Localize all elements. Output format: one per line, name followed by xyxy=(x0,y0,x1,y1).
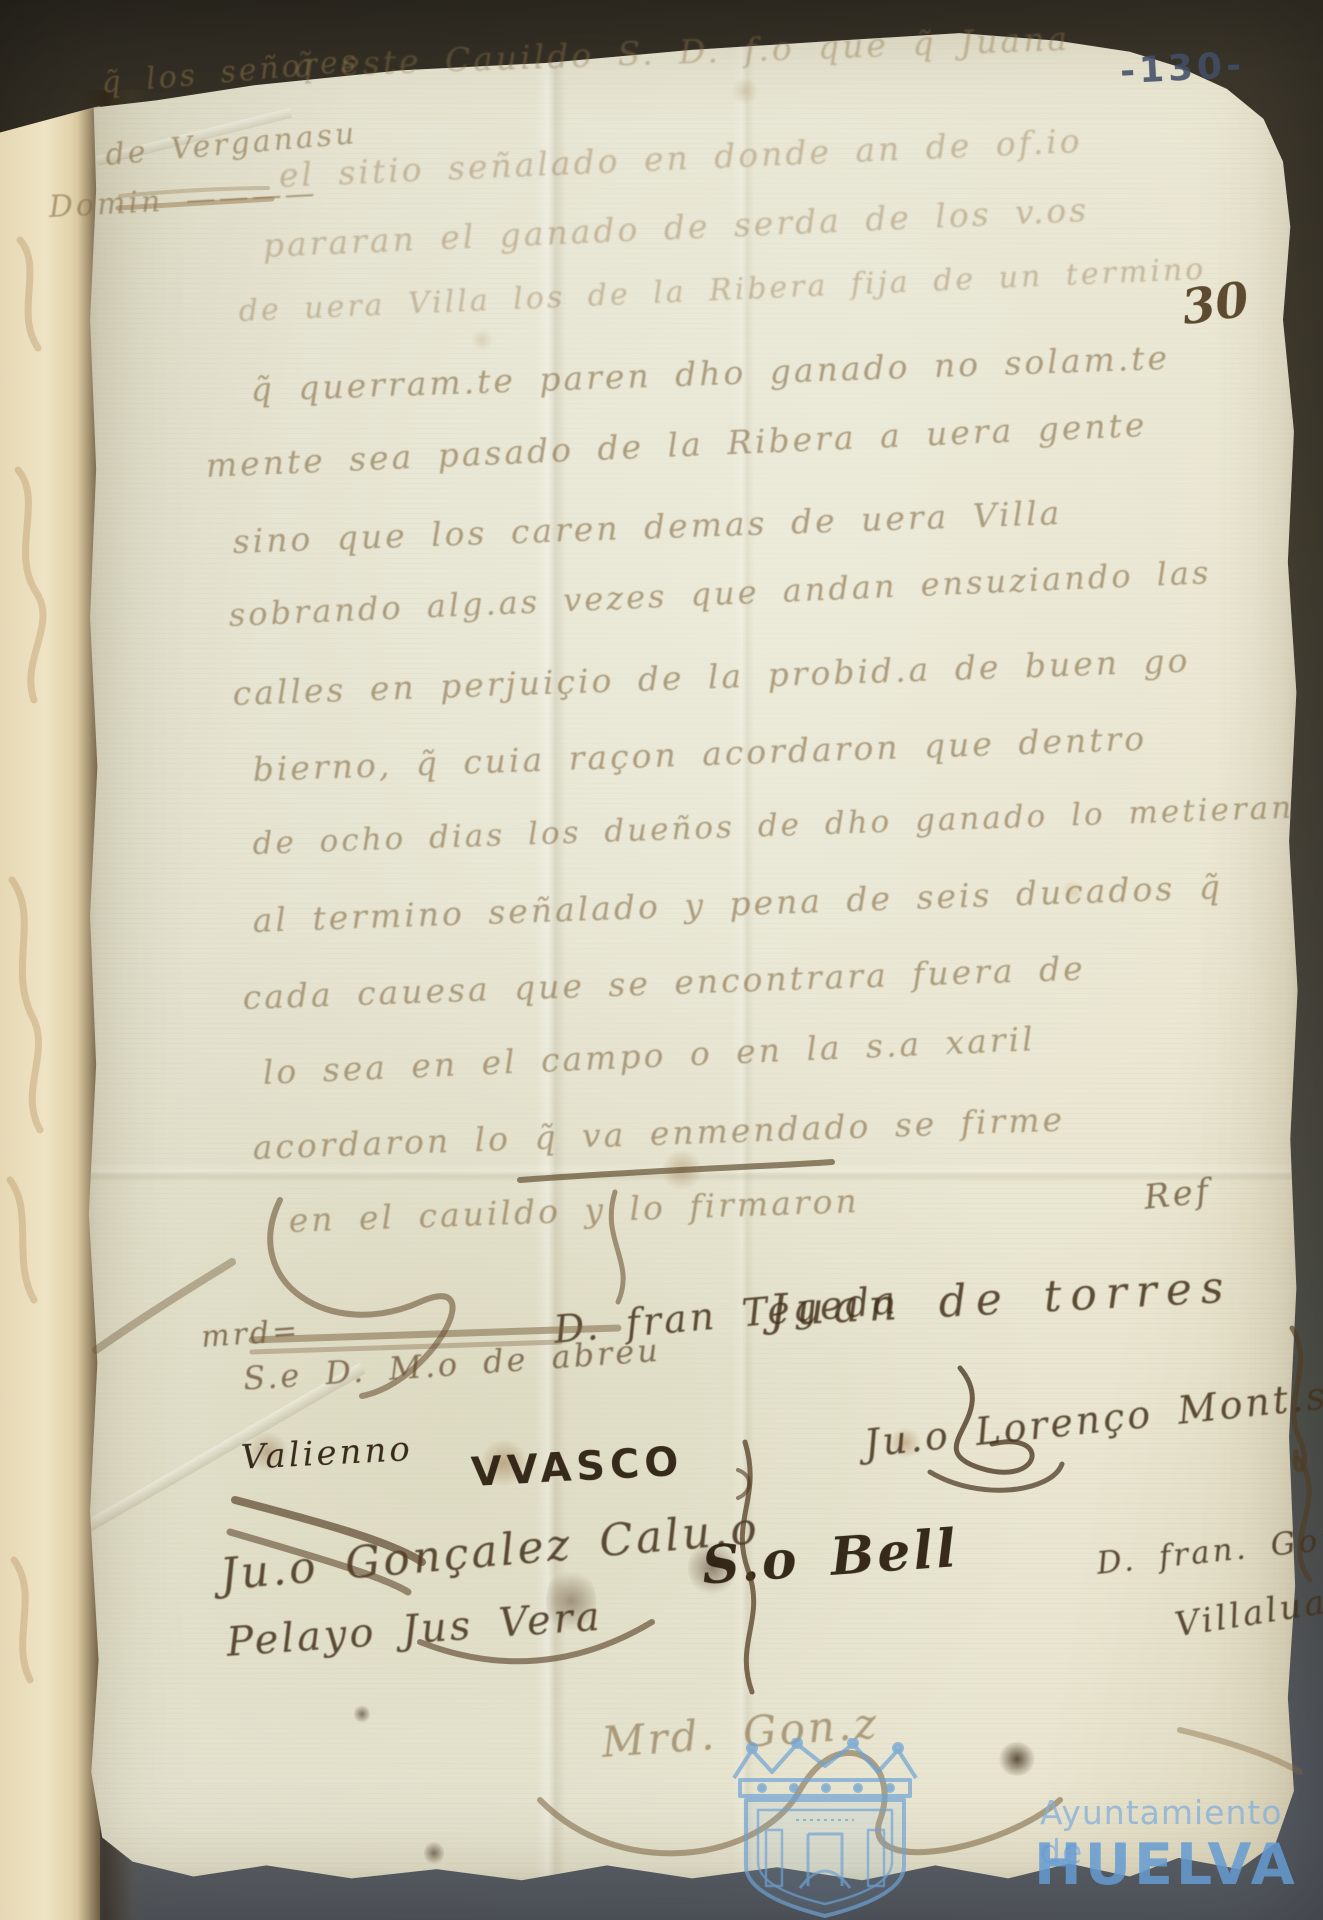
body-line: en el cauildo y lo firmaron xyxy=(288,1181,860,1240)
body-line: q̃ este Cauildo S. D. f.o que q̃ Juana xyxy=(292,19,1071,85)
signature: Valienno xyxy=(240,1429,414,1478)
ink-stain xyxy=(660,1150,704,1190)
body-line: al termino señalado y pena de seis ducad… xyxy=(252,867,1223,940)
signature: Pelayo Jus Vera xyxy=(225,1594,604,1666)
manuscript-scan: -130- 30 q̃ los señores de Verganasu Dom… xyxy=(0,0,1323,1920)
closing-mrd: mrd= xyxy=(200,1313,301,1355)
body-line: calles en perjuiçio de la probid.a de bu… xyxy=(232,641,1191,713)
signature: Mrd. Gon.z xyxy=(600,1699,881,1767)
body-line: el sitio señalado en donde an de of.io xyxy=(278,121,1083,195)
body-line: mente sea pasado de la Ribera a uera gen… xyxy=(205,405,1148,485)
signature: Ju.o Gonçalez Calu.o xyxy=(218,1503,762,1601)
signature: D. fran. Gomez xyxy=(1095,1515,1323,1582)
body-line: sino que los caren demas de uera Villa xyxy=(232,493,1063,561)
ink-spot xyxy=(354,1704,370,1724)
signature: Ju.o Lorenço Mont.s xyxy=(862,1373,1323,1466)
body-line: sobrando alg.as vezes que andan ensuzian… xyxy=(228,553,1212,634)
body-line: q̃ querram.te paren dho ganado no solam.… xyxy=(250,338,1171,409)
margin-note: Domin ———— xyxy=(48,176,318,225)
ink-spot xyxy=(424,1840,444,1866)
body-line: cada cauesa que se encontrara fuera de xyxy=(242,949,1086,1017)
folio-number: -130- xyxy=(1119,45,1246,92)
signature: Villalua xyxy=(1172,1582,1323,1646)
body-line: lo sea en el campo o en la s.a xaril xyxy=(262,1019,1036,1092)
foxing-spot xyxy=(470,330,494,350)
body-line: de ocho dias los dueños de dho ganado lo… xyxy=(252,790,1295,862)
signature: VVASCO xyxy=(470,1439,684,1496)
body-line: acordaron lo q̃ va enmendado se firme xyxy=(252,1100,1066,1167)
signature: Juan de torres xyxy=(768,1262,1234,1337)
ink-blot xyxy=(998,1742,1036,1776)
foxing-spot xyxy=(730,78,760,104)
body-line: de uera Villa los de la Ribera fija de u… xyxy=(238,252,1207,329)
body-line: pararan el ganado de serda de los v.os xyxy=(262,190,1090,265)
body-line: bierno, q̃ cuia raçon acordaron que dent… xyxy=(252,719,1148,789)
handwriting-layer: -130- 30 q̃ los señores de Verganasu Dom… xyxy=(0,0,1323,1920)
ref-mark: Ref xyxy=(1142,1171,1213,1218)
